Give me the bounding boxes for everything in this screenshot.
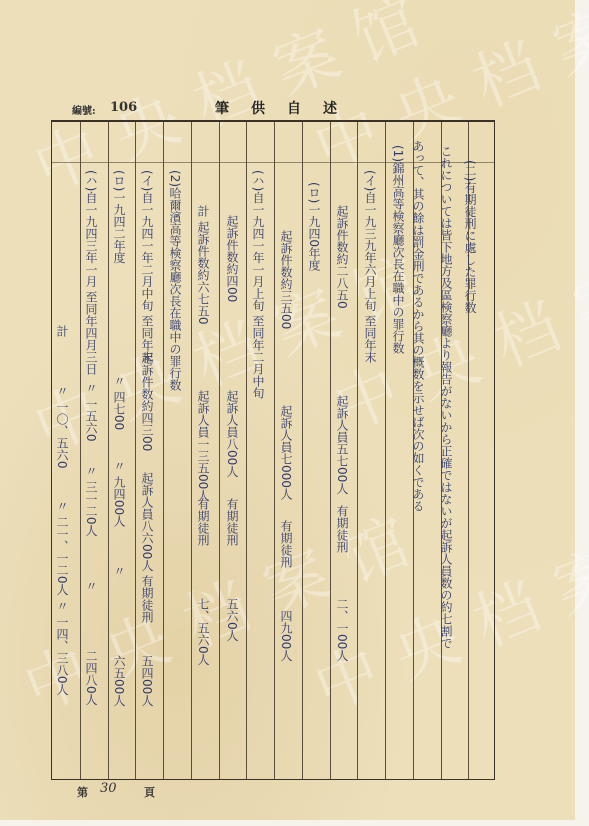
column-line xyxy=(274,122,275,779)
handwritten-line: (イ)自一九四一年二月中旬 至同年末 xyxy=(140,170,154,363)
handwritten-line: 〃 三一二0人 xyxy=(84,465,98,536)
handwritten-line: 起訴人員五七00人 xyxy=(335,395,349,494)
serial-number-value: 106 xyxy=(110,100,137,115)
handwritten-line: (ハ)自一九四三年一月 至同年四月三日 xyxy=(84,170,98,375)
handwritten-line: 七、五六0人 xyxy=(196,598,210,666)
handwritten-line: 起訴人員七000人 xyxy=(279,405,293,500)
handwritten-line: 四九00人 xyxy=(279,610,293,661)
column-line xyxy=(219,122,220,779)
page-prefix: 第 xyxy=(77,784,88,800)
handwritten-line: 〃 一五六0 xyxy=(84,382,98,441)
page-number: 30 xyxy=(100,781,117,796)
handwritten-line: 有期徒刑 xyxy=(140,575,154,623)
handwritten-line: 起訴人員八00人 xyxy=(225,390,239,477)
handwritten-line: 〃 xyxy=(112,565,126,577)
handwritten-line: (ロ)一九四二年度 xyxy=(112,170,126,263)
handwritten-line: (二)有期徒刑に處した罪行数 xyxy=(463,160,477,313)
column-line xyxy=(135,122,136,779)
handwritten-line: 起訴件数約四三00 xyxy=(140,352,154,451)
document-title: 筆供自述 xyxy=(215,98,359,118)
handwritten-line: 〃 一四、三八0人 xyxy=(55,600,69,695)
column-line xyxy=(108,122,109,779)
document-page: 中央档案馆 中央档案馆 中央档案馆 中央档案馆 中央档案馆 中央档案馆 編號: … xyxy=(0,0,589,826)
handwritten-line: 計 起訴件数約六七五0 xyxy=(196,205,210,324)
handwritten-line: あって、其の餘は罰金刑であるから其の概数を示せば次の如くである xyxy=(411,140,425,512)
handwritten-line: 有期徒刑 xyxy=(196,498,210,546)
handwritten-line: 五四00人 xyxy=(140,655,154,706)
handwritten-line: 起訴人員八六00人 xyxy=(140,472,154,571)
handwritten-line: (イ)自一九三九年六月上旬 至同年末 xyxy=(363,170,377,363)
paper-edge xyxy=(575,0,589,826)
handwritten-line: 五六0人 xyxy=(225,598,239,642)
handwritten-line: 起訴件数約二八五0 xyxy=(335,205,349,309)
column-line xyxy=(385,122,386,779)
column-line xyxy=(163,122,164,779)
handwritten-line: 計 xyxy=(55,325,69,337)
handwritten-line: (ロ)一九四0年度 xyxy=(307,182,321,271)
handwritten-line: 六五00人 xyxy=(112,655,126,706)
handwritten-line: 起訴件数約四00 xyxy=(225,215,239,302)
handwritten-line: 有期徒刑 xyxy=(335,505,349,553)
column-line xyxy=(191,122,192,779)
handwritten-line: (2)哈爾濱高等検察廳次長在職中の罪行数 xyxy=(168,170,182,391)
page-suffix: 頁 xyxy=(144,784,155,800)
handwritten-line: (ハ)自一九四一年一月上旬 至同年二月中旬 xyxy=(251,170,265,399)
column-line xyxy=(330,122,331,779)
column-line xyxy=(302,122,303,779)
handwritten-line: 二、一00人 xyxy=(335,598,349,661)
handwritten-line: 〃 二一、一二0人 xyxy=(55,500,69,595)
handwritten-line: 有期徒刑 xyxy=(279,520,293,568)
handwritten-line: これについては皆下地方及區検察廳より報告がないから正確ではないが起訴人員数の約七… xyxy=(439,145,453,649)
paper-edge-bottom xyxy=(0,820,589,826)
column-line xyxy=(357,122,358,779)
handwritten-line: 有期徒刑 xyxy=(225,498,239,546)
handwritten-line: 起訴件数約三五00 xyxy=(279,230,293,329)
handwritten-line: 〃 一〇、五六0 xyxy=(55,385,69,468)
handwritten-line: (1)錦州高等検察廳次長在職中の罪行数 xyxy=(391,145,405,354)
handwritten-line: 〃 四七00 xyxy=(112,375,126,430)
column-line xyxy=(80,122,81,779)
header-row-divider xyxy=(52,162,494,163)
handwritten-line: 起訴人員一三五00人 xyxy=(196,390,210,501)
handwritten-line: 〃 xyxy=(84,580,98,592)
handwritten-line: 〃 九四00人 xyxy=(112,460,126,527)
column-line xyxy=(246,122,247,779)
handwritten-line: 二四八0人 xyxy=(84,650,98,706)
serial-number-label: 編號: xyxy=(72,102,96,117)
